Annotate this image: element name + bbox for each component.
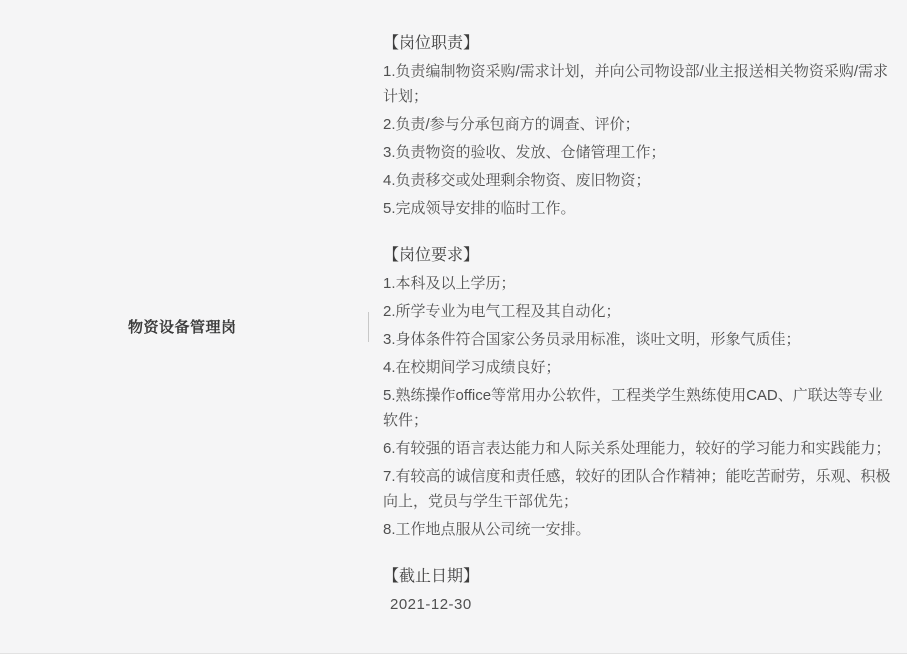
job-detail-content: 【岗位职责】1.负责编制物资采购/需求计划，并向公司物设部/业主报送相关物资采购…	[369, 0, 907, 653]
deadline-heading: 【截止日期】	[383, 564, 897, 589]
requirements-heading: 【岗位要求】	[383, 243, 897, 268]
responsibilities-item: 4.负责移交或处理剩余物资、废旧物资；	[383, 168, 897, 193]
deadline-date: 2021-12-30	[383, 592, 897, 617]
section-deadline: 【截止日期】2021-12-30	[383, 564, 897, 617]
requirements-item: 2.所学专业为电气工程及其自动化；	[383, 299, 897, 324]
responsibilities-item: 2.负责/参与分承包商方的调查、评价；	[383, 112, 897, 137]
job-detail-panel: 物资设备管理岗 【岗位职责】1.负责编制物资采购/需求计划，并向公司物设部/业主…	[0, 0, 907, 654]
responsibilities-heading: 【岗位职责】	[383, 31, 897, 56]
section-responsibilities: 【岗位职责】1.负责编制物资采购/需求计划，并向公司物设部/业主报送相关物资采购…	[383, 31, 897, 221]
requirements-item: 3.身体条件符合国家公务员录用标准，谈吐文明，形象气质佳；	[383, 327, 897, 352]
job-title-column: 物资设备管理岗	[0, 0, 368, 653]
section-requirements: 【岗位要求】1.本科及以上学历；2.所学专业为电气工程及其自动化；3.身体条件符…	[383, 243, 897, 542]
requirements-item: 8.工作地点服从公司统一安排。	[383, 517, 897, 542]
requirements-item: 4.在校期间学习成绩良好；	[383, 355, 897, 380]
responsibilities-item: 3.负责物资的验收、发放、仓储管理工作；	[383, 140, 897, 165]
responsibilities-item: 1.负责编制物资采购/需求计划，并向公司物设部/业主报送相关物资采购/需求计划；	[383, 59, 897, 109]
requirements-item: 6.有较强的语言表达能力和人际关系处理能力，较好的学习能力和实践能力；	[383, 436, 897, 461]
requirements-item: 1.本科及以上学历；	[383, 271, 897, 296]
responsibilities-item: 5.完成领导安排的临时工作。	[383, 196, 897, 221]
requirements-item: 5.熟练操作office等常用办公软件，工程类学生熟练使用CAD、广联达等专业软…	[383, 383, 897, 433]
requirements-item: 7.有较高的诚信度和责任感，较好的团队合作精神；能吃苦耐劳，乐观、积极向上，党员…	[383, 464, 897, 514]
job-title[interactable]: 物资设备管理岗	[128, 316, 237, 337]
